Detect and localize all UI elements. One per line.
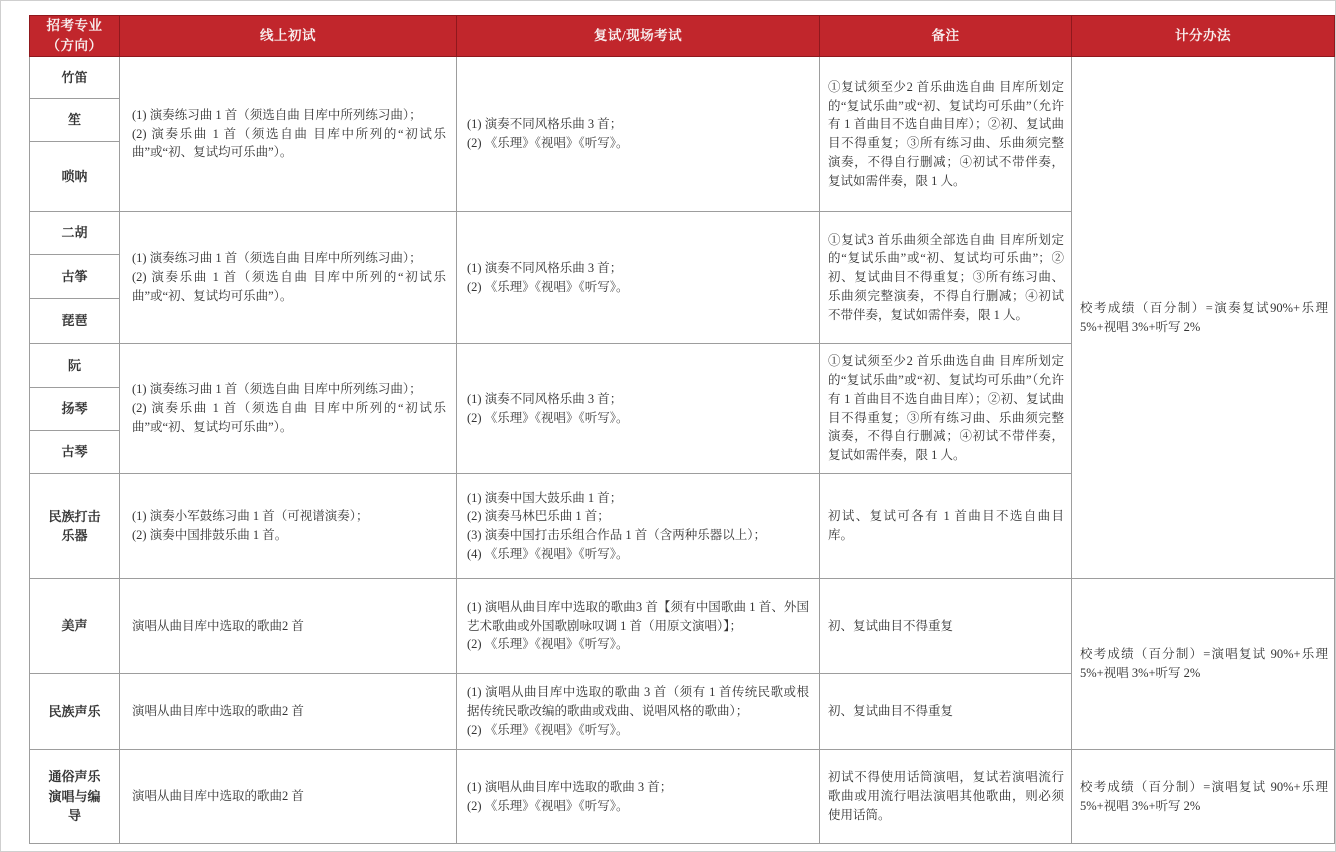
cell-retest-strings: (1) 演奏不同风格乐曲 3 首； (2) 《乐理》《视唱》《听写》。	[457, 212, 820, 344]
cell-remarks-pop-vocal: 初试不得使用话筒演唱，复试若演唱流行歌曲或用流行唱法演唱其他歌曲，则必须使用话筒…	[820, 750, 1072, 844]
cell-retest-plucked: (1) 演奏不同风格乐曲 3 首； (2) 《乐理》《视唱》《听写》。	[457, 344, 820, 474]
remarks-text: 初试、复试可各有 1 首曲目不选自曲目库。	[820, 501, 1071, 551]
remarks-text: ①复试3 首乐曲须全部选自曲 目库所划定的“复试乐曲”或“初、复试均可乐曲”；②…	[820, 225, 1071, 331]
cell-scoring-vocal: 校考成绩（百分制）=演唱复试 90%+乐理 5%+视唱 3%+听写 2%	[1072, 579, 1335, 750]
cell-major-pop-vocal: 通俗声乐 演唱与编 导	[30, 750, 120, 844]
col-header-online-prelim: 线上初试	[120, 16, 457, 57]
cell-online-bel-canto: 演唱从曲目库中选取的歌曲2 首	[120, 579, 457, 674]
col-header-retest: 复试/现场考试	[457, 16, 820, 57]
retest-text: (1) 演奏不同风格乐曲 3 首； (2) 《乐理》《视唱》《听写》。	[457, 253, 819, 303]
remarks-text: 初、复试曲目不得重复	[820, 611, 1071, 642]
cell-online-pop-vocal: 演唱从曲目库中选取的歌曲2 首	[120, 750, 457, 844]
cell-retest-bel-canto: (1) 演唱从曲目库中选取的歌曲3 首【须有中国歌曲 1 首、外国艺术歌曲或外国…	[457, 579, 820, 674]
table-row: 美声 演唱从曲目库中选取的歌曲2 首 (1) 演唱从曲目库中选取的歌曲3 首【须…	[30, 579, 1335, 674]
retest-text: (1) 演奏不同风格乐曲 3 首； (2) 《乐理》《视唱》《听写》。	[457, 109, 819, 159]
remarks-text: ①复试须至少2 首乐曲选自曲 目库所划定的“复试乐曲”或“初、复试均可乐曲”（允…	[820, 346, 1071, 471]
scoring-text: 校考成绩（百分制）=演唱复试 90%+乐理 5%+视唱 3%+听写 2%	[1072, 772, 1334, 822]
cell-major-bel-canto: 美声	[30, 579, 120, 674]
online-text: 演唱从曲目库中选取的歌曲2 首	[120, 611, 456, 642]
scoring-text: 校考成绩（百分制）=演唱复试 90%+乐理 5%+视唱 3%+听写 2%	[1072, 639, 1334, 689]
cell-major-suona: 唢呐	[30, 142, 120, 212]
exam-requirements-table: 招考专业 （方向） 线上初试 复试/现场考试 备注 计分办法 竹笛 (1) 演奏…	[29, 15, 1335, 844]
cell-major-erhu: 二胡	[30, 212, 120, 255]
col-header-remarks: 备注	[820, 16, 1072, 57]
online-text: (1) 演奏练习曲 1 首（须选自曲 目库中所列练习曲）； (2) 演奏乐曲 1…	[120, 374, 456, 442]
remarks-text: 初、复试曲目不得重复	[820, 696, 1071, 727]
cell-major-folk-vocal: 民族声乐	[30, 674, 120, 750]
cell-major-guzheng: 古筝	[30, 255, 120, 299]
col-header-major: 招考专业 （方向）	[30, 16, 120, 57]
cell-remarks-bel-canto: 初、复试曲目不得重复	[820, 579, 1072, 674]
table-row: 通俗声乐 演唱与编 导 演唱从曲目库中选取的歌曲2 首 (1) 演唱从曲目库中选…	[30, 750, 1335, 844]
cell-retest-percussion: (1) 演奏中国大鼓乐曲 1 首； (2) 演奏马林巴乐曲 1 首； (3) 演…	[457, 474, 820, 579]
retest-text: (1) 演唱从曲目库中选取的歌曲 3 首（须有 1 首传统民歌或根据传统民歌改编…	[457, 677, 819, 745]
cell-online-folk-vocal: 演唱从曲目库中选取的歌曲2 首	[120, 674, 457, 750]
document-page: 招考专业 （方向） 线上初试 复试/现场考试 备注 计分办法 竹笛 (1) 演奏…	[0, 0, 1336, 852]
online-text: 演唱从曲目库中选取的歌曲2 首	[120, 781, 456, 812]
cell-retest-pop-vocal: (1) 演唱从曲目库中选取的歌曲 3 首； (2) 《乐理》《视唱》《听写》。	[457, 750, 820, 844]
cell-major-ruan: 阮	[30, 344, 120, 388]
scoring-text: 校考成绩（百分制）=演奏复试90%+乐理 5%+视唱 3%+听写 2%	[1072, 293, 1334, 343]
online-text: 演唱从曲目库中选取的歌曲2 首	[120, 696, 456, 727]
retest-text: (1) 演奏不同风格乐曲 3 首； (2) 《乐理》《视唱》《听写》。	[457, 384, 819, 434]
cell-scoring-pop: 校考成绩（百分制）=演唱复试 90%+乐理 5%+视唱 3%+听写 2%	[1072, 750, 1335, 844]
remarks-text: ①复试须至少2 首乐曲选自曲 目库所划定的“复试乐曲”或“初、复试均可乐曲”（允…	[820, 72, 1071, 197]
remarks-text: 初试不得使用话筒演唱，复试若演唱流行歌曲或用流行唱法演唱其他歌曲，则必须使用话筒…	[820, 762, 1071, 830]
online-text: (1) 演奏练习曲 1 首（须选自曲 目库中所列练习曲）； (2) 演奏乐曲 1…	[120, 243, 456, 311]
header-row: 招考专业 （方向） 线上初试 复试/现场考试 备注 计分办法	[30, 16, 1335, 57]
cell-online-strings: (1) 演奏练习曲 1 首（须选自曲 目库中所列练习曲）； (2) 演奏乐曲 1…	[120, 212, 457, 344]
cell-online-winds: (1) 演奏练习曲 1 首（须选自曲 目库中所列练习曲）； (2) 演奏乐曲 1…	[120, 57, 457, 212]
retest-text: (1) 演奏中国大鼓乐曲 1 首； (2) 演奏马林巴乐曲 1 首； (3) 演…	[457, 483, 819, 570]
cell-major-yangqin: 扬琴	[30, 388, 120, 431]
cell-remarks-percussion: 初试、复试可各有 1 首曲目不选自曲目库。	[820, 474, 1072, 579]
cell-scoring-instrumental: 校考成绩（百分制）=演奏复试90%+乐理 5%+视唱 3%+听写 2%	[1072, 57, 1335, 579]
cell-online-percussion: (1) 演奏小军鼓练习曲 1 首（可视谱演奏）； (2) 演奏中国排鼓乐曲 1 …	[120, 474, 457, 579]
table-row: 竹笛 (1) 演奏练习曲 1 首（须选自曲 目库中所列练习曲）； (2) 演奏乐…	[30, 57, 1335, 99]
retest-text: (1) 演唱从曲目库中选取的歌曲3 首【须有中国歌曲 1 首、外国艺术歌曲或外国…	[457, 592, 819, 660]
cell-major-zhudi: 竹笛	[30, 57, 120, 99]
online-text: (1) 演奏练习曲 1 首（须选自曲 目库中所列练习曲）； (2) 演奏乐曲 1…	[120, 100, 456, 168]
cell-retest-winds: (1) 演奏不同风格乐曲 3 首； (2) 《乐理》《视唱》《听写》。	[457, 57, 820, 212]
online-text: (1) 演奏小军鼓练习曲 1 首（可视谱演奏）； (2) 演奏中国排鼓乐曲 1 …	[120, 501, 456, 551]
cell-major-guqin: 古琴	[30, 431, 120, 474]
cell-retest-folk-vocal: (1) 演唱从曲目库中选取的歌曲 3 首（须有 1 首传统民歌或根据传统民歌改编…	[457, 674, 820, 750]
cell-remarks-strings: ①复试3 首乐曲须全部选自曲 目库所划定的“复试乐曲”或“初、复试均可乐曲”；②…	[820, 212, 1072, 344]
retest-text: (1) 演唱从曲目库中选取的歌曲 3 首； (2) 《乐理》《视唱》《听写》。	[457, 772, 819, 822]
cell-major-percussion: 民族打击 乐器	[30, 474, 120, 579]
cell-remarks-winds: ①复试须至少2 首乐曲选自曲 目库所划定的“复试乐曲”或“初、复试均可乐曲”（允…	[820, 57, 1072, 212]
col-header-scoring: 计分办法	[1072, 16, 1335, 57]
cell-remarks-plucked: ①复试须至少2 首乐曲选自曲 目库所划定的“复试乐曲”或“初、复试均可乐曲”（允…	[820, 344, 1072, 474]
cell-major-pipa: 琵琶	[30, 299, 120, 344]
cell-major-sheng: 笙	[30, 99, 120, 142]
cell-online-plucked: (1) 演奏练习曲 1 首（须选自曲 目库中所列练习曲）； (2) 演奏乐曲 1…	[120, 344, 457, 474]
cell-remarks-folk-vocal: 初、复试曲目不得重复	[820, 674, 1072, 750]
